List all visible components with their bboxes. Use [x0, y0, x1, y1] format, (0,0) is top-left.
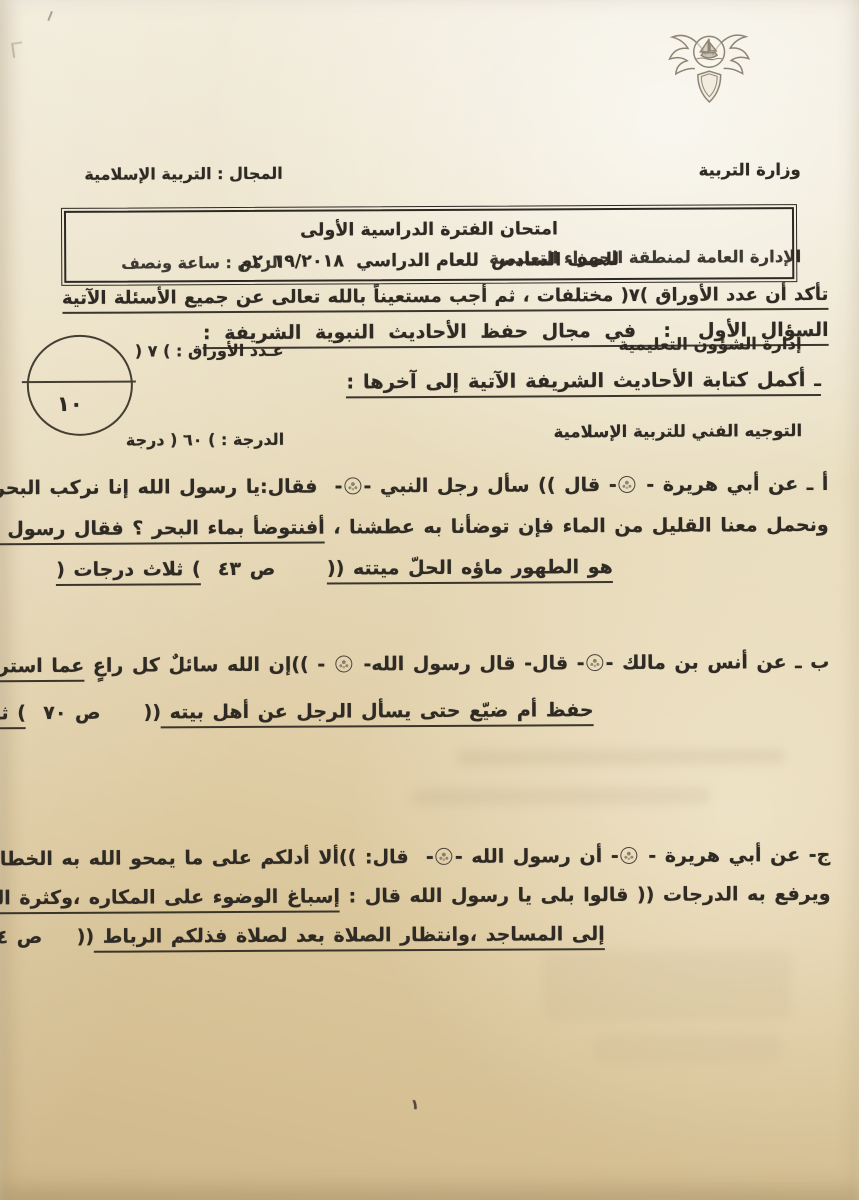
- exam-title-line1: امتحان الفترة الدراسية الأولى: [66, 213, 792, 248]
- hadith-a-line-1: أ ـ عن أبي هريرة - - قال )) سأل رجل النب…: [43, 464, 828, 509]
- text-segment: عما استرعاه: [0, 655, 84, 683]
- scan-mark: [11, 41, 24, 57]
- text-segment: - قال: ))ألا أدلكم على ما يمحو الله به ا…: [0, 846, 434, 870]
- hadith-a-line-2: ونحمل معنا القليل من الماء فإن توضأنا به…: [44, 505, 829, 550]
- text-segment: - فقال:يا رسول الله إنا نركب البحر: [0, 475, 343, 499]
- hadith-b-line-2: حفظ أم ضيّع حتى يسأل الرجل عن أهل بيته (…: [44, 687, 593, 737]
- question1-heading: السؤال الأول : في مجال حفظ الأحاديث النب…: [203, 319, 829, 344]
- scan-mark: [47, 11, 57, 23]
- hadith-a-line-3: هو الطهور ماؤه الحلّ ميتته (( ص ٤٣ ) ثلا…: [44, 547, 613, 591]
- text-segment: - قال- قال رسول الله-: [355, 652, 585, 675]
- prophet-seal-icon: [344, 477, 361, 494]
- score-badge: ١٠: [57, 392, 83, 416]
- text-segment: أ ـ عن أبي هريرة -: [638, 473, 829, 496]
- hadith-c-line-3: إلى المساجد ،وانتظار الصلاة بعد لصلاة فذ…: [46, 915, 605, 957]
- text-segment: ) ثلاث درجات (: [56, 558, 201, 586]
- hadith-c-line-1: ج- عن أبي هريرة - - أن رسول الله -- قال:…: [45, 836, 830, 879]
- ink-bleed-smudge: [411, 787, 711, 807]
- text-segment: ص ٤٣: [201, 558, 327, 581]
- hadith-b-line-1: ب ـ عن أنس بن مالك -- قال- قال رسول الله…: [44, 639, 829, 690]
- companion-seal-icon: [619, 476, 636, 493]
- companion-seal-icon: [587, 654, 604, 671]
- ministry-line: وزارة التربية: [489, 155, 801, 186]
- complete-hadith-text: ـ أكمل كتابة الأحاديث الشريفة الآتية إلى…: [346, 368, 821, 398]
- text-segment: (( ص ٩٤: [0, 926, 94, 949]
- prophet-seal-icon: [436, 848, 453, 865]
- text-segment: ونحمل معنا القليل من الماء فإن توضأنا به…: [325, 514, 829, 539]
- text-segment: ب ـ عن أنس بن مالك -: [606, 651, 830, 674]
- score-circle: [27, 335, 134, 437]
- exam-title-box: امتحان الفترة الدراسية الأولى للصف الساد…: [61, 204, 797, 286]
- hadith-item-b: ب ـ عن أنس بن مالك -- قال- قال رسول الله…: [44, 639, 829, 737]
- verify-pages-instruction: تأكد أن عدد الأوراق )٧( مختلفات ، ثم أجب…: [62, 284, 829, 309]
- text-segment: (( ص ٧٠: [26, 701, 161, 724]
- ink-bleed-smudge: [456, 748, 786, 766]
- ink-bleed-smudge: [542, 950, 792, 1021]
- exam-title-inner: امتحان الفترة الدراسية الأولى للصف الساد…: [64, 207, 794, 283]
- question1-heading-text: السؤال الأول : في مجال حفظ الأحاديث النب…: [203, 319, 829, 349]
- text-segment: ويرفع به الدرجات (( قالوا بلى يا رسول ال…: [340, 883, 831, 908]
- companion-seal-icon: [621, 847, 638, 864]
- hadith-item-c: ج- عن أبي هريرة - - أن رسول الله -- قال:…: [45, 836, 831, 957]
- hadith-item-a: أ ـ عن أبي هريرة - - قال )) سأل رجل النب…: [43, 464, 829, 591]
- complete-hadith-prompt: ـ أكمل كتابة الأحاديث الشريفة الآتية إلى…: [346, 368, 821, 393]
- meta-field: المجال : التربية الإسلامية: [71, 159, 283, 190]
- scan-content: وزارة التربية الإدارة العامة لمنطقة الجه…: [0, 0, 859, 1200]
- text-segment: إلى المساجد ،وانتظار الصلاة بعد لصلاة فذ…: [94, 923, 605, 953]
- text-segment: هو الطهور ماؤه الحلّ ميتته ((: [327, 556, 613, 584]
- prophet-seal-icon: [336, 655, 353, 672]
- exam-title-line2: للصف السادس للعام الدراسي ٢٠١٩/٢٠١٨م: [66, 244, 792, 279]
- text-segment: ج- عن أبي هريرة -: [640, 844, 831, 867]
- text-segment: ) ثلاث درجات (: [0, 702, 26, 730]
- ink-bleed-smudge: [592, 1033, 782, 1064]
- page-number: ١: [411, 1097, 420, 1113]
- text-segment: حفظ أم ضيّع حتى يسأل الرجل عن أهل بيته: [161, 699, 594, 728]
- text-segment: أفنتوضأ بماء البحر ؟ فقال رسول الله: [0, 517, 325, 546]
- verify-pages-text: تأكد أن عدد الأوراق )٧( مختلفات ، ثم أجب…: [62, 284, 829, 314]
- scanned-exam-page: وزارة التربية الإدارة العامة لمنطقة الجه…: [0, 0, 859, 1200]
- hadith-c-line-2: ويرفع به الدرجات (( قالوا بلى يا رسول ال…: [45, 875, 830, 918]
- text-segment: إسباغ الوضوء على المكاره ،وكثرة الخطا: [0, 885, 340, 914]
- text-segment: - ))إن الله سائلٌ كل راعٍ: [84, 654, 334, 677]
- text-segment: - قال )) سأل رجل النبي -: [363, 474, 616, 497]
- text-segment: - أن رسول الله -: [455, 845, 619, 868]
- ministry-line: التوجيه الفني للتربية الإسلامية: [490, 416, 802, 447]
